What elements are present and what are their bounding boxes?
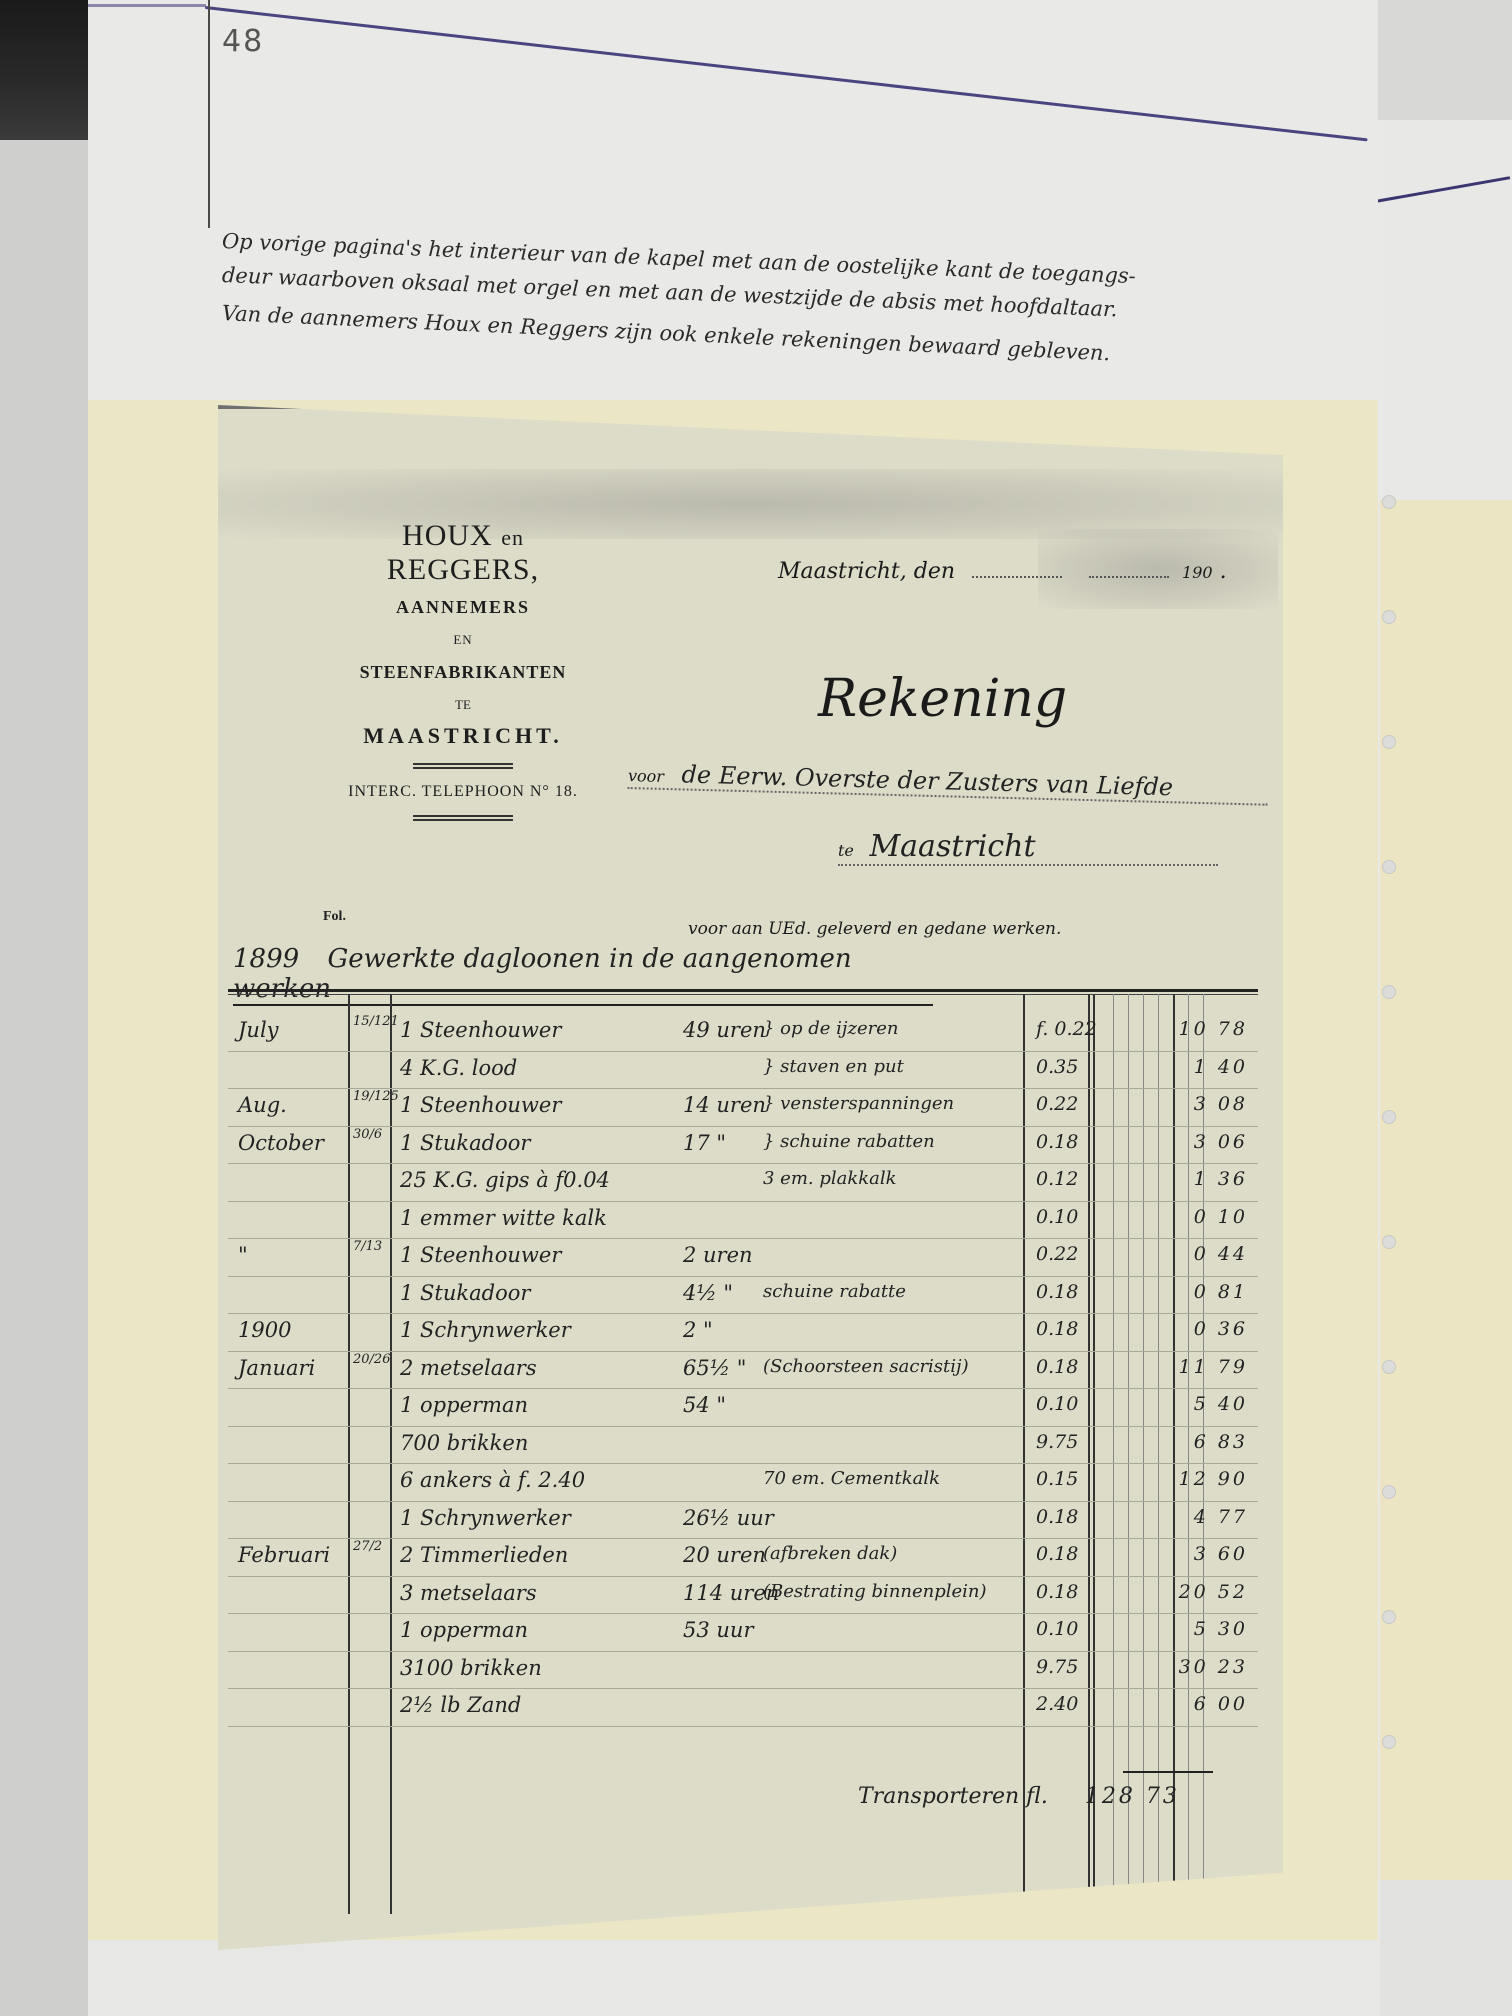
background-object <box>0 0 90 140</box>
addressee-line: voor de Eerw. Overste der Zusters van Li… <box>628 759 1269 806</box>
page-number: 48 <box>222 24 264 59</box>
table-row: 1 Stukadoor4½ "schuine rabatte0.180 81 <box>228 1277 1258 1315</box>
next-page-cream-band <box>1380 500 1512 1880</box>
table-row: Januari20/262 metselaars65½ "(Schoorstee… <box>228 1352 1258 1390</box>
date-blank <box>972 576 1062 578</box>
table-row: 1 opperman53 uur0.105 30 <box>228 1614 1258 1652</box>
letterhead-phone: INTERC. TELEPHOON N° 18. <box>328 783 598 801</box>
double-rule <box>413 763 513 769</box>
folio-label: Fol. <box>323 909 346 925</box>
double-rule <box>413 815 513 821</box>
ledger-table: July15/1211 Steenhouwer49 uren} op de ij… <box>228 1014 1258 1727</box>
table-row: 1 emmer witte kalk0.100 10 <box>228 1202 1258 1240</box>
background-surface <box>0 140 90 2016</box>
ledger-year: 1899 <box>233 944 299 974</box>
invoice-reproduction: HOUX en REGGERS, AANNEMERS EN STEENFABRI… <box>218 405 1283 1950</box>
letterhead-line-aannemers: AANNEMERS <box>328 597 598 618</box>
table-row: 25 K.G. gips à f0.043 em. plakkalk0.121 … <box>228 1164 1258 1202</box>
table-row: July15/1211 Steenhouwer49 uren} op de ij… <box>228 1014 1258 1052</box>
letterhead-line-en: EN <box>328 632 598 648</box>
binding-hole <box>1382 1110 1396 1124</box>
table-row: 700 brikken9.756 83 <box>228 1427 1258 1465</box>
table-row: 2½ lb Zand2.406 00 <box>228 1689 1258 1727</box>
binding-hole <box>1382 1485 1396 1499</box>
binding-hole <box>1382 495 1396 509</box>
binding-hole <box>1382 610 1396 624</box>
letterhead-city: MAASTRICHT. <box>328 723 598 749</box>
binding-hole <box>1382 985 1396 999</box>
table-row: 19001 Schrynwerker2 "0.180 36 <box>228 1314 1258 1352</box>
table-row: "7/131 Steenhouwer2 uren0.220 44 <box>228 1239 1258 1277</box>
binding-hole <box>1382 1235 1396 1249</box>
company-name: HOUX en REGGERS, <box>328 519 598 587</box>
date-blank <box>1089 576 1169 578</box>
table-row: 4 K.G. lood} staven en put0.351 40 <box>228 1052 1258 1090</box>
ledger-heading-text: Gewerkte dagloonen in de aangenomen werk… <box>233 944 852 1004</box>
ledger-heading: 1899 Gewerkte dagloonen in de aangenomen… <box>233 944 933 1006</box>
place-date: Maastricht, den 190 . <box>778 559 1227 584</box>
table-row: 6 ankers à f. 2.4070 em. Cementkalk0.151… <box>228 1464 1258 1502</box>
location-line: te Maastricht <box>838 829 1218 866</box>
binding-hole <box>1382 1610 1396 1624</box>
table-row: 1 opperman54 "0.105 40 <box>228 1389 1258 1427</box>
delivered-label: voor aan UEd. geleverd en gedane werken. <box>688 919 1061 939</box>
table-row: Aug.19/1251 Steenhouwer14 uren} vensters… <box>228 1089 1258 1127</box>
binding-hole <box>1382 735 1396 749</box>
table-row: October30/61 Stukadoor17 "} schuine raba… <box>228 1127 1258 1165</box>
letterhead-line-te: TE <box>328 697 598 713</box>
letterhead-line-steenfabrikanten: STEENFABRIKANTEN <box>328 662 598 683</box>
binding-hole <box>1382 1735 1396 1749</box>
binding-hole <box>1382 860 1396 874</box>
total-rule <box>1123 1771 1213 1773</box>
next-page-bottom <box>1380 1880 1512 2016</box>
binding-hole <box>1382 1360 1396 1374</box>
letterhead: HOUX en REGGERS, AANNEMERS EN STEENFABRI… <box>328 519 598 821</box>
table-row: 1 Schrynwerker26½ uur0.184 77 <box>228 1502 1258 1540</box>
page-bottom-margin <box>88 1940 1378 2016</box>
transport-label: Transporteren fl. <box>858 1784 1048 1809</box>
invoice-title: Rekening <box>818 669 1067 729</box>
ledger-top-rule <box>228 989 1258 995</box>
caption: Op vorige pagina's het interieur van de … <box>222 228 1302 338</box>
transport-amount: 128 73 <box>1085 1784 1180 1809</box>
top-rule-left <box>88 4 206 7</box>
margin-rule <box>208 0 210 228</box>
table-row: Februari27/22 Timmerlieden20 uren(afbrek… <box>228 1539 1258 1577</box>
addressee-name: de Eerw. Overste der Zusters van Liefde <box>681 760 1173 801</box>
table-row: 3 metselaars114 uren(Bestrating binnenpl… <box>228 1577 1258 1615</box>
transport-total: Transporteren fl. 128 73 <box>858 1784 1180 1809</box>
location-city: Maastricht <box>869 829 1035 864</box>
table-row: 3100 brikken9.7530 23 <box>228 1652 1258 1690</box>
